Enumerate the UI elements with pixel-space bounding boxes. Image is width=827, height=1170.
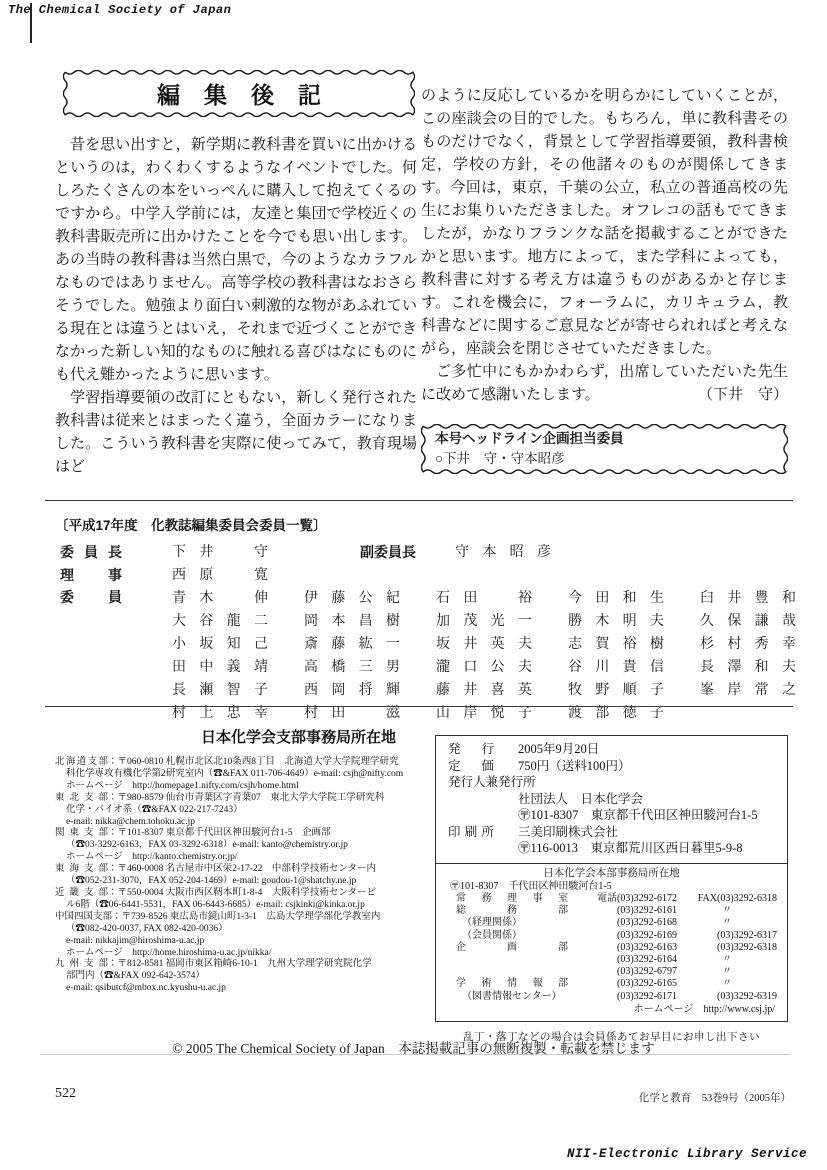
hq-phone-row: 企画部(03)3292-6163(03)3292-6318	[446, 942, 777, 954]
branch-entry: 中国四国支部：〒739-8526 東広島市鏡山町1-3-1 広島大学理学部化学教…	[55, 912, 427, 960]
branch-colon: ：	[108, 828, 118, 838]
committee-member: 高橋三男	[304, 656, 400, 679]
hq-dept-label: （会員関係）	[446, 930, 568, 942]
committee-member: 坂井英夫	[436, 633, 532, 656]
branch-colon: ：	[108, 793, 118, 803]
vice-chair-label: 副委員長	[360, 541, 418, 564]
publication-label	[448, 807, 494, 824]
hq-fax-number: (03)3292-6317	[677, 930, 777, 942]
branch-colon: ：	[108, 864, 118, 874]
branch-name: 九州支部	[55, 959, 108, 971]
branch-line: 関東支部：〒101-8307 東京都千代田区神田駿河台1-5 企画部	[55, 828, 427, 840]
committee-director-row: 理事 西原 寛	[55, 564, 795, 587]
branch-text: 〒550-0004 大阪市西区靭本町1-8-4 大阪科学技術センタービ	[118, 888, 377, 898]
branch-name: 東海支部	[55, 864, 108, 876]
hq-tel-number: (03)3292-6797	[568, 966, 677, 978]
branch-text: 〒060-0810 札幌市北区北10条西8丁目 北海道大学大学院理学研究	[118, 757, 399, 767]
publication-label	[448, 840, 494, 857]
publication-label: 発行人兼発行所	[448, 774, 536, 791]
publication-info-box: 発行2005年9月20日定価750円（送料100円）発行人兼発行所社団法人 日本…	[435, 735, 788, 1022]
committee-members-block: 委員 青木 伸伊藤公紀石田 裕今田和生臼井豊和大谷龍二岡本昌樹加茂光一勝木明夫久…	[55, 587, 795, 725]
committee-chair-row: 委員長 下井 守 副委員長 守本昭彦	[55, 541, 795, 564]
hq-fax-number: FAX(03)3292-6318	[677, 893, 777, 905]
branch-text: 〒101-8307 東京都千代田区神田駿河台1-5 企画部	[118, 828, 331, 838]
hq-dept-label	[446, 966, 568, 978]
committee-member: 加茂光一	[436, 610, 532, 633]
branch-line: 化学・バイオ系（☎&FAX 022-217-7243）	[55, 805, 427, 817]
committee-member: 斎藤紘一	[304, 633, 400, 656]
chair-label: 委員長	[60, 541, 122, 564]
branch-line: 九州支部：〒812-8581 福岡市東区箱崎6-10-1 九州大学理学研究院化学	[55, 959, 427, 971]
editorial-paragraph-1: 昔を思い出すと，新学期に教科書を買いに出かけるというのは，わくわくするようなイベ…	[55, 133, 417, 386]
branch-offices-list: 北海道支部：〒060-0810 札幌市北区北10条西8丁目 北海道大学大学院理学…	[55, 757, 427, 995]
scanner-credit: The Chemical Society of Japan	[8, 3, 231, 17]
branch-line: （☎082-420-0037, FAX 082-420-0036）	[55, 924, 427, 936]
members-label: 委員	[60, 587, 122, 607]
branch-line: ホームページ http://homepage1.nifty.com/csjh/h…	[55, 781, 427, 793]
scanned-journal-page: The Chemical Society of Japan 編集後記 昔を思い出…	[0, 0, 827, 1170]
publication-label	[448, 791, 494, 808]
hq-office-title: 日本化学会本部事務局所在地	[446, 867, 777, 881]
committee-member-grid: 青木 伸伊藤公紀石田 裕今田和生臼井豊和大谷龍二岡本昌樹加茂光一勝木明夫久保謙哉…	[172, 587, 795, 725]
branch-line: 科化学専攻有機化学第2研究室内（☎&FAX 011-706-4649）e-mai…	[55, 769, 427, 781]
branch-colon: ：	[112, 912, 122, 922]
committee-member: 岡本昌樹	[304, 610, 400, 633]
publication-row: 〶116-0013 東京都荒川区西日暮里5-9-8	[448, 840, 775, 857]
hq-fax-number: (03)3292-6319	[677, 991, 777, 1003]
hq-homepage: ホームページ http://www.csj.jp/	[446, 1003, 777, 1017]
committee-member: 瀧口公夫	[436, 656, 532, 679]
editorial-title: 編集後記	[133, 77, 345, 110]
branch-line: 北海道支部：〒060-0810 札幌市北区北10条西8丁目 北海道大学大学院理学…	[55, 757, 427, 769]
branch-line: e-mail: nikkajim@hiroshima-u.ac.jp	[55, 936, 427, 948]
branch-line: 東海支部：〒460-0008 名古屋市中区栄2-17-22 中部科学技術センター…	[55, 864, 427, 876]
editorial-left-column: 昔を思い出すと，新学期に教科書を買いに出かけるというのは，わくわくするようなイベ…	[55, 133, 417, 478]
hq-phone-row: 学術情報部(03)3292-6165〃	[446, 978, 777, 990]
hq-fax-number: (03)3292-6318	[677, 942, 777, 954]
committee-member: 青木 伸	[172, 587, 268, 610]
committee-member: 久保謙哉	[700, 610, 796, 633]
hq-phone-row: （会員関係）(03)3292-6169(03)3292-6317	[446, 930, 777, 942]
hq-tel-number: (03)3292-6168	[568, 917, 677, 929]
branch-text: 〒980-8579 仙台市青葉区字青葉07 東北大学大学院工学研究科	[118, 793, 385, 803]
headline-box-members: ○下井 守・守本昭彦	[435, 449, 774, 469]
editorial-right-column: のように反応しているかを明らかにしていくことが，この座談会の目的でした。もちろん…	[421, 84, 788, 406]
branch-line: （☎052-231-3070，FAX 052-204-1469）e-mail: …	[55, 876, 427, 888]
branch-name: 東北支部	[55, 793, 108, 805]
hq-dept-label: 常務理事室	[446, 893, 568, 905]
hq-tel-number: 電話(03)3292-6172	[568, 893, 677, 905]
branch-colon: ：	[108, 757, 118, 767]
branch-line: ホームページ http://home.hiroshima-u.ac.jp/nik…	[55, 948, 427, 960]
hq-fax-number: 〃	[677, 954, 777, 966]
hq-tel-number: (03)3292-6161	[568, 905, 677, 917]
branch-text: 〒739-8526 東広島市鏡山町1-3-1 広島大学理学部化学教室内	[122, 912, 381, 922]
hq-tel-number: (03)3292-6171	[568, 991, 677, 1003]
branch-name: 中国四国支部	[55, 912, 112, 924]
hq-phone-row: (03)3292-6164〃	[446, 954, 777, 966]
chair-name: 下井 守	[172, 541, 268, 564]
branch-text: 〒460-0008 名古屋市中区栄2-17-22 中部科学技術センター内	[118, 864, 377, 874]
publication-label: 定価	[448, 758, 494, 775]
hq-phone-table: 常務理事室電話(03)3292-6172FAX(03)3292-6318総務部(…	[446, 893, 777, 1003]
editorial-paragraph-3: のように反応しているかを明らかにしていくことが，この座談会の目的でした。もちろん…	[421, 84, 788, 360]
committee-member: 峯岸常之	[700, 679, 796, 702]
publication-label: 発行	[448, 741, 494, 758]
publication-row: 発行2005年9月20日	[448, 741, 775, 758]
publication-row: 印刷所三美印刷株式会社	[448, 824, 775, 841]
committee-member: 田中義靖	[172, 656, 268, 679]
publication-value: 〶101-8307 東京都千代田区神田駿河台1-5	[518, 807, 758, 824]
scan-artifact-line	[30, 3, 32, 43]
branch-line: ホームページ http://kanto.chemistry.or.jp/	[55, 852, 427, 864]
committee-member: 長澤和夫	[700, 656, 796, 679]
publication-label: 印刷所	[448, 824, 494, 841]
section-divider-bottom	[45, 706, 793, 707]
editorial-title-box: 編集後記	[63, 70, 415, 117]
committee-member: 志賀裕樹	[568, 633, 664, 656]
committee-member: 小坂知己	[172, 633, 268, 656]
journal-reference: 化学と教育 53巻9号（2005年）	[639, 1090, 791, 1105]
hq-tel-number: (03)3292-6164	[568, 954, 677, 966]
branch-entry: 東北支部：〒980-8579 仙台市青葉区字青葉07 東北大学大学院工学研究科化…	[55, 793, 427, 829]
publication-row: 定価750円（送料100円）	[448, 758, 775, 775]
publication-value: 〶116-0013 東京都荒川区西日暮里5-9-8	[518, 840, 743, 857]
footer-divider	[40, 1054, 790, 1055]
committee-member: 石田 裕	[436, 587, 532, 610]
hq-tel-number: (03)3292-6169	[568, 930, 677, 942]
branch-colon: ：	[108, 959, 118, 969]
publication-value: 2005年9月20日	[518, 741, 599, 758]
publication-value: 三美印刷株式会社	[518, 824, 618, 841]
hq-dept-label: 総務部	[446, 905, 568, 917]
page-number: 522	[55, 1086, 76, 1102]
publication-row: 〶101-8307 東京都千代田区神田駿河台1-5	[448, 807, 775, 824]
hq-fax-number: 〃	[677, 905, 777, 917]
editorial-paragraph-2: 学習指導要領の改訂にともない，新しく発行された教科書は従来とはまったく違う，全面…	[55, 386, 417, 478]
branch-line: 中国四国支部：〒739-8526 東広島市鏡山町1-3-1 広島大学理学部化学教…	[55, 912, 427, 924]
branch-text: 〒812-8581 福岡市東区箱崎6-10-1 九州大学理学研究院化学	[118, 959, 372, 969]
publication-value: 社団法人 日本化学会	[518, 791, 643, 808]
branch-offices-section: 日本化学会支部事務局所在地 北海道支部：〒060-0810 札幌市北区北10条西…	[55, 728, 427, 995]
hq-phone-row: （経理関係）(03)3292-6168〃	[446, 917, 777, 929]
branch-offices-title: 日本化学会支部事務局所在地	[55, 728, 427, 748]
hq-dept-label: （図書情報センター）	[446, 991, 568, 1003]
branch-name: 関東支部	[55, 828, 108, 840]
branch-line: e-mail: qsibutcf@mbox.nc.kyushu-u.ac.jp	[55, 983, 427, 995]
publication-row: 社団法人 日本化学会	[448, 791, 775, 808]
branch-line: e-mail: nikka@chem.tohoku.ac.jp	[55, 817, 427, 829]
hq-dept-label	[446, 954, 568, 966]
committee-member: 今田和生	[568, 587, 664, 610]
branch-entry: 北海道支部：〒060-0810 札幌市北区北10条西8丁目 北海道大学大学院理学…	[55, 757, 427, 793]
hq-tel-number: (03)3292-6165	[568, 978, 677, 990]
committee-member: 牧野順子	[568, 679, 664, 702]
hq-phone-row: 常務理事室電話(03)3292-6172FAX(03)3292-6318	[446, 893, 777, 905]
branch-entry: 九州支部：〒812-8581 福岡市東区箱崎6-10-1 九州大学理学研究院化学…	[55, 959, 427, 995]
branch-line: ル6階（☎06-6441-5531，FAX 06-6443-6685）e-mai…	[55, 900, 427, 912]
director-name: 西原 寛	[172, 564, 268, 587]
hq-office-address: 〶101-8307 千代田区神田駿河台1-5	[446, 880, 777, 893]
hq-fax-number: 〃	[677, 978, 777, 990]
hq-phone-row: 総務部(03)3292-6161〃	[446, 905, 777, 917]
committee-member: 勝木明夫	[568, 610, 664, 633]
branch-line: 近畿支部：〒550-0004 大阪市西区靭本町1-8-4 大阪科学技術センタービ	[55, 888, 427, 900]
branch-entry: 関東支部：〒101-8307 東京都千代田区神田駿河台1-5 企画部（☎03-3…	[55, 828, 427, 864]
committee-member: 西岡将輝	[304, 679, 400, 702]
headline-committee-box: 本号ヘッドライン企画担当委員 ○下井 守・守本昭彦	[421, 424, 788, 474]
hq-fax-number: 〃	[677, 966, 777, 978]
hq-dept-label: 企画部	[446, 942, 568, 954]
director-label: 理事	[60, 564, 122, 587]
committee-member: 杉村秀幸	[700, 633, 796, 656]
publication-info-wrap: 発行2005年9月20日定価750円（送料100円）発行人兼発行所社団法人 日本…	[435, 735, 788, 1044]
committee-member: 伊藤公紀	[304, 587, 400, 610]
branch-entry: 近畿支部：〒550-0004 大阪市西区靭本町1-8-4 大阪科学技術センタービ…	[55, 888, 427, 912]
branch-line: 東北支部：〒980-8579 仙台市青葉区字青葉07 東北大学大学院工学研究科	[55, 793, 427, 805]
committee-member: 長瀬智子	[172, 679, 268, 702]
branch-line: 部門内（☎&FAX 092-642-3574）	[55, 971, 427, 983]
publication-row: 発行人兼発行所	[448, 774, 775, 791]
publication-value: 750円（送料100円）	[518, 758, 631, 775]
hq-phone-row: （図書情報センター）(03)3292-6171(03)3292-6319	[446, 991, 777, 1003]
committee-member: 大谷龍二	[172, 610, 268, 633]
section-divider-top	[45, 500, 793, 501]
hq-dept-label: 学術情報部	[446, 978, 568, 990]
library-service-credit: NII-Electronic Library Service	[567, 1147, 807, 1161]
committee-member: 谷川貴信	[568, 656, 664, 679]
hq-office-block: 日本化学会本部事務局所在地 〶101-8307 千代田区神田駿河台1-5 常務理…	[436, 863, 787, 1022]
branch-name: 近畿支部	[55, 888, 108, 900]
vice-chair-name: 守本昭彦	[455, 541, 551, 564]
hq-phone-row: (03)3292-6797〃	[446, 966, 777, 978]
hq-fax-number: 〃	[677, 917, 777, 929]
committee-heading: 〔平成17年度 化教誌編集委員会委員一覧〕	[55, 516, 795, 536]
headline-box-title: 本号ヘッドライン企画担当委員	[435, 429, 774, 449]
hq-tel-number: (03)3292-6163	[568, 942, 677, 954]
publication-details: 発行2005年9月20日定価750円（送料100円）発行人兼発行所社団法人 日本…	[436, 736, 787, 863]
headline-box-inner: 本号ヘッドライン企画担当委員 ○下井 守・守本昭彦	[421, 424, 788, 474]
branch-entry: 東海支部：〒460-0008 名古屋市中区栄2-17-22 中部科学技術センター…	[55, 864, 427, 888]
committee-section: 〔平成17年度 化教誌編集委員会委員一覧〕 委員長 下井 守 副委員長 守本昭彦…	[55, 516, 795, 725]
branch-name: 北海道支部	[55, 757, 108, 769]
hq-dept-label: （経理関係）	[446, 917, 568, 929]
committee-member: 藤井喜英	[436, 679, 532, 702]
branch-colon: ：	[108, 888, 118, 898]
committee-member: 臼井豊和	[700, 587, 796, 610]
branch-line: （☎03-3292-6163，FAX 03-3292-6318）e-mail: …	[55, 840, 427, 852]
